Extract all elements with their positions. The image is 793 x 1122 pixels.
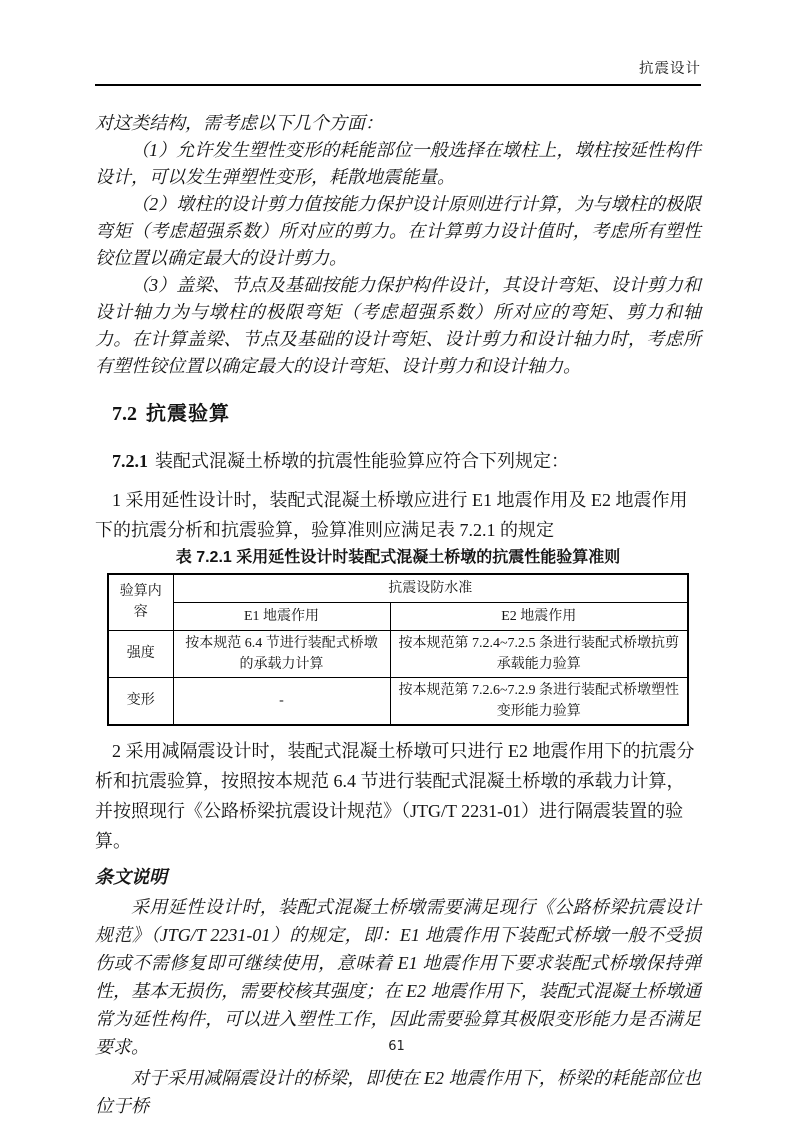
criteria-table: 验算内容 抗震设防水准 E1 地震作用 E2 地震作用 强度 按本规范 6.4 … [107, 573, 689, 726]
clause-number: 7.2.1 [112, 451, 148, 471]
page-header: 抗震设计 [95, 57, 701, 86]
section-number: 7.2 [112, 403, 137, 425]
page-content: 抗震设计 对这类结构，需考虑以下几个方面： （1）允许发生塑性变形的耗能部位一般… [95, 57, 701, 1120]
strength-e2-cell: 按本规范第 7.2.4~7.2.5 条进行装配式桥墩抗剪承载能力验算 [390, 630, 688, 677]
strength-e1-cell: 按本规范 6.4 节进行装配式桥墩的承载力计算 [173, 630, 390, 677]
table-header-check-content: 验算内容 [108, 574, 173, 630]
table-row-deformation: 变形 - 按本规范第 7.2.6~7.2.9 条进行装配式桥墩塑性变形能力验算 [108, 677, 688, 725]
deformation-e2-cell: 按本规范第 7.2.6~7.2.9 条进行装配式桥墩塑性变形能力验算 [390, 677, 688, 725]
page-footer: 61 [0, 1039, 793, 1054]
document-page: 抗震设计 对这类结构，需考虑以下几个方面： （1）允许发生塑性变形的耗能部位一般… [0, 0, 793, 1122]
clause-item-1: 1 采用延性设计时，装配式混凝土桥墩应进行 E1 地震作用及 E2 地震作用下的… [95, 485, 701, 545]
table-header-e1: E1 地震作用 [173, 602, 390, 630]
clause-text: 装配式混凝土桥墩的抗震性能验算应符合下列规定： [155, 451, 569, 471]
row-label-deformation: 变形 [108, 677, 173, 725]
table-header-fortification-level: 抗震设防水准 [173, 574, 688, 602]
intro-paragraph-item-2: （2）墩柱的设计剪力值按能力保护设计原则进行计算，为与墩柱的极限弯矩（考虑超强系… [95, 191, 701, 272]
intro-paragraph-lead: 对这类结构，需考虑以下几个方面： [95, 110, 701, 137]
table-header-row-group: 验算内容 抗震设防水准 [108, 574, 688, 602]
commentary-heading: 条文说明 [95, 864, 701, 890]
table-row-strength: 强度 按本规范 6.4 节进行装配式桥墩的承载力计算 按本规范第 7.2.4~7… [108, 630, 688, 677]
table-header-e2: E2 地震作用 [390, 602, 688, 630]
clause-heading: 7.2.1装配式混凝土桥墩的抗震性能验算应符合下列规定： [95, 448, 701, 475]
table-header-row-sub: E1 地震作用 E2 地震作用 [108, 602, 688, 630]
section-heading: 7.2抗震验算 [95, 400, 701, 428]
clause-item-2: 2 采用减隔震设计时，装配式混凝土桥墩可只进行 E2 地震作用下的抗震分析和抗震… [95, 736, 701, 856]
page-number: 61 [388, 1039, 405, 1054]
commentary-paragraph-2: 对于采用减隔震设计的桥梁，即使在 E2 地震作用下，桥梁的耗能部位也位于桥 [95, 1064, 701, 1120]
section-title: 抗震验算 [146, 403, 230, 425]
table-title: 表 7.2.1 采用延性设计时装配式混凝土桥墩的抗震性能验算准则 [95, 547, 701, 569]
deformation-e1-cell: - [173, 677, 390, 725]
intro-paragraph-item-3: （3）盖梁、节点及基础按能力保护构件设计，其设计弯矩、设计剪力和设计轴力为与墩柱… [95, 272, 701, 380]
intro-paragraph-item-1: （1）允许发生塑性变形的耗能部位一般选择在墩柱上，墩柱按延性构件设计，可以发生弹… [95, 137, 701, 191]
row-label-strength: 强度 [108, 630, 173, 677]
commentary-paragraph-1: 采用延性设计时，装配式混凝土桥墩需要满足现行《公路桥梁抗震设计规范》（JTG/T… [95, 893, 701, 1061]
running-title: 抗震设计 [639, 61, 701, 77]
